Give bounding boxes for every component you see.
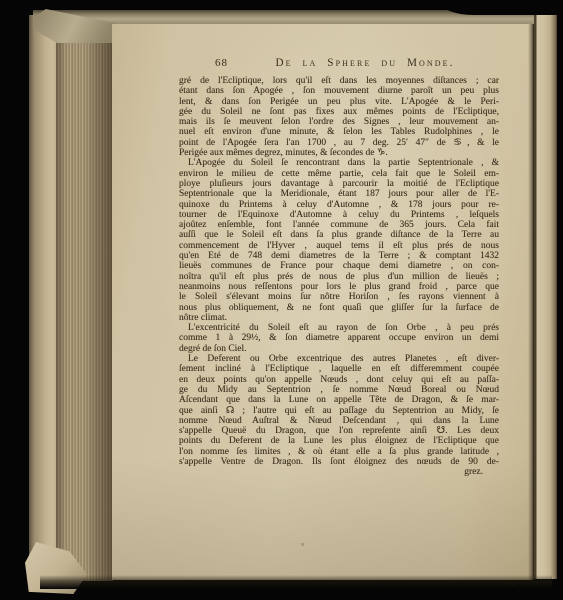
text-line: ſement incliné à l'Ecliptique , laquelle…: [179, 364, 499, 374]
bottom-page-shadow: [40, 575, 552, 589]
top-right-cutout: [443, 0, 563, 15]
text-line: l'on nomme ſes limites , & où étant elle…: [179, 447, 499, 457]
book-page: 68 De la Sphere du Monde. gré de l'Eclip…: [112, 24, 533, 580]
text-line: comme 1 à 29½, & ſon diametre apparent o…: [179, 333, 499, 343]
text-line: s'appelle Ventre de Dragon. Ils ſont élo…: [179, 457, 499, 467]
text-line: degré de ſon Ciel.: [179, 344, 499, 354]
text-line: tourner de l'Equinoxe d'Automne à celuy …: [179, 210, 499, 220]
text-line: neanmoins nous reſſentons pour lors le p…: [179, 282, 499, 292]
paper-specks: [262, 84, 263, 85]
text-line: qu'en Eté de 748 demi diametres de la Te…: [179, 251, 499, 261]
text-line: Aſcendant que dans la Lune on appelle Tê…: [179, 395, 499, 405]
text-line: ploye pluſieurs jours davantage à parcou…: [179, 179, 499, 189]
text-line: mais ils ſe meuvent ſelon l'ordre des Si…: [179, 117, 499, 127]
text-line: étant dans ſon Apogée , ſon mouvement di…: [179, 86, 499, 96]
text-line: gré de l'Ecliptique, lors qu'il eſt dans…: [179, 76, 499, 86]
text-line: que ainſi ☊ ; l'autre qui eſt au paſſage…: [179, 406, 499, 416]
text-line: nous plus obliquement, & ne font quaſi q…: [179, 303, 499, 313]
text-line: quinoxe du Printems à celuy d'Automne , …: [179, 200, 499, 210]
text-line: commencement de l'Hyver , auquel tems il…: [179, 241, 499, 251]
text-line: lent, & dans ſon Perigée un peu plus vit…: [179, 97, 499, 107]
text-line: auſſi que le Soleil eſt dans ſa plus gra…: [179, 230, 499, 240]
running-title: De la Sphere du Monde.: [179, 57, 499, 69]
text-line: gée du Soleil ne ſont pas fixes aux même…: [179, 107, 499, 117]
text-line: point de l'Apogée ſera l'an 1700 , au 7 …: [179, 138, 499, 148]
text-line: points du Deferent de la Lune les plus é…: [179, 436, 499, 446]
text-line: L'Apogée du Soleil ſe rencontrant dans l…: [179, 158, 499, 168]
text-line: Le Deferent ou Orbe excentrique des autr…: [179, 354, 499, 364]
text-line: le Soleil s'élevant moins ſur nôtre Hori…: [179, 292, 499, 302]
book-left-cover-edge: [29, 15, 59, 583]
facing-page-sliver: [534, 13, 557, 579]
text-line: environ le milieu de cette même partie, …: [179, 169, 499, 179]
photo-right-edge: [557, 0, 563, 600]
page-text: gré de l'Ecliptique, lors qu'il eſt dans…: [179, 76, 499, 478]
text-line: L'excentricité du Soleil eſt au rayon de…: [179, 323, 499, 333]
text-line: nôtre climat.: [179, 313, 499, 323]
text-line: nomme Nœud Auſtral & Nœud Deſcendant , q…: [179, 416, 499, 426]
text-line: Perigée aux mêmes degrez, minutes, & ſec…: [179, 148, 499, 158]
text-line: nuel eſt environ d'une minute, & ſelon l…: [179, 127, 499, 137]
text-line: ajoûtez enſemble, font l'année commune d…: [179, 220, 499, 230]
text-line: grez.: [179, 467, 499, 477]
text-line: ge du Midy au Septentrion , ſe nomme Nœu…: [179, 385, 499, 395]
text-line: en deux points qu'on appelle Nœuds , don…: [179, 375, 499, 385]
photo-background: 68 De la Sphere du Monde. gré de l'Eclip…: [0, 0, 563, 600]
text-line: noîtra qu'il eſt plus prés de nous de pl…: [179, 272, 499, 282]
text-block: 68 De la Sphere du Monde. gré de l'Eclip…: [179, 57, 499, 478]
page-edge-stack: [56, 21, 113, 581]
text-line: s'appelle Queuë du Dragon, que l'on repr…: [179, 426, 499, 436]
text-line: lieuës communes de France pour chaque de…: [179, 261, 499, 271]
text-line: Septentrionale que la Meridionale, étant…: [179, 189, 499, 199]
page-header: 68 De la Sphere du Monde.: [179, 57, 499, 70]
